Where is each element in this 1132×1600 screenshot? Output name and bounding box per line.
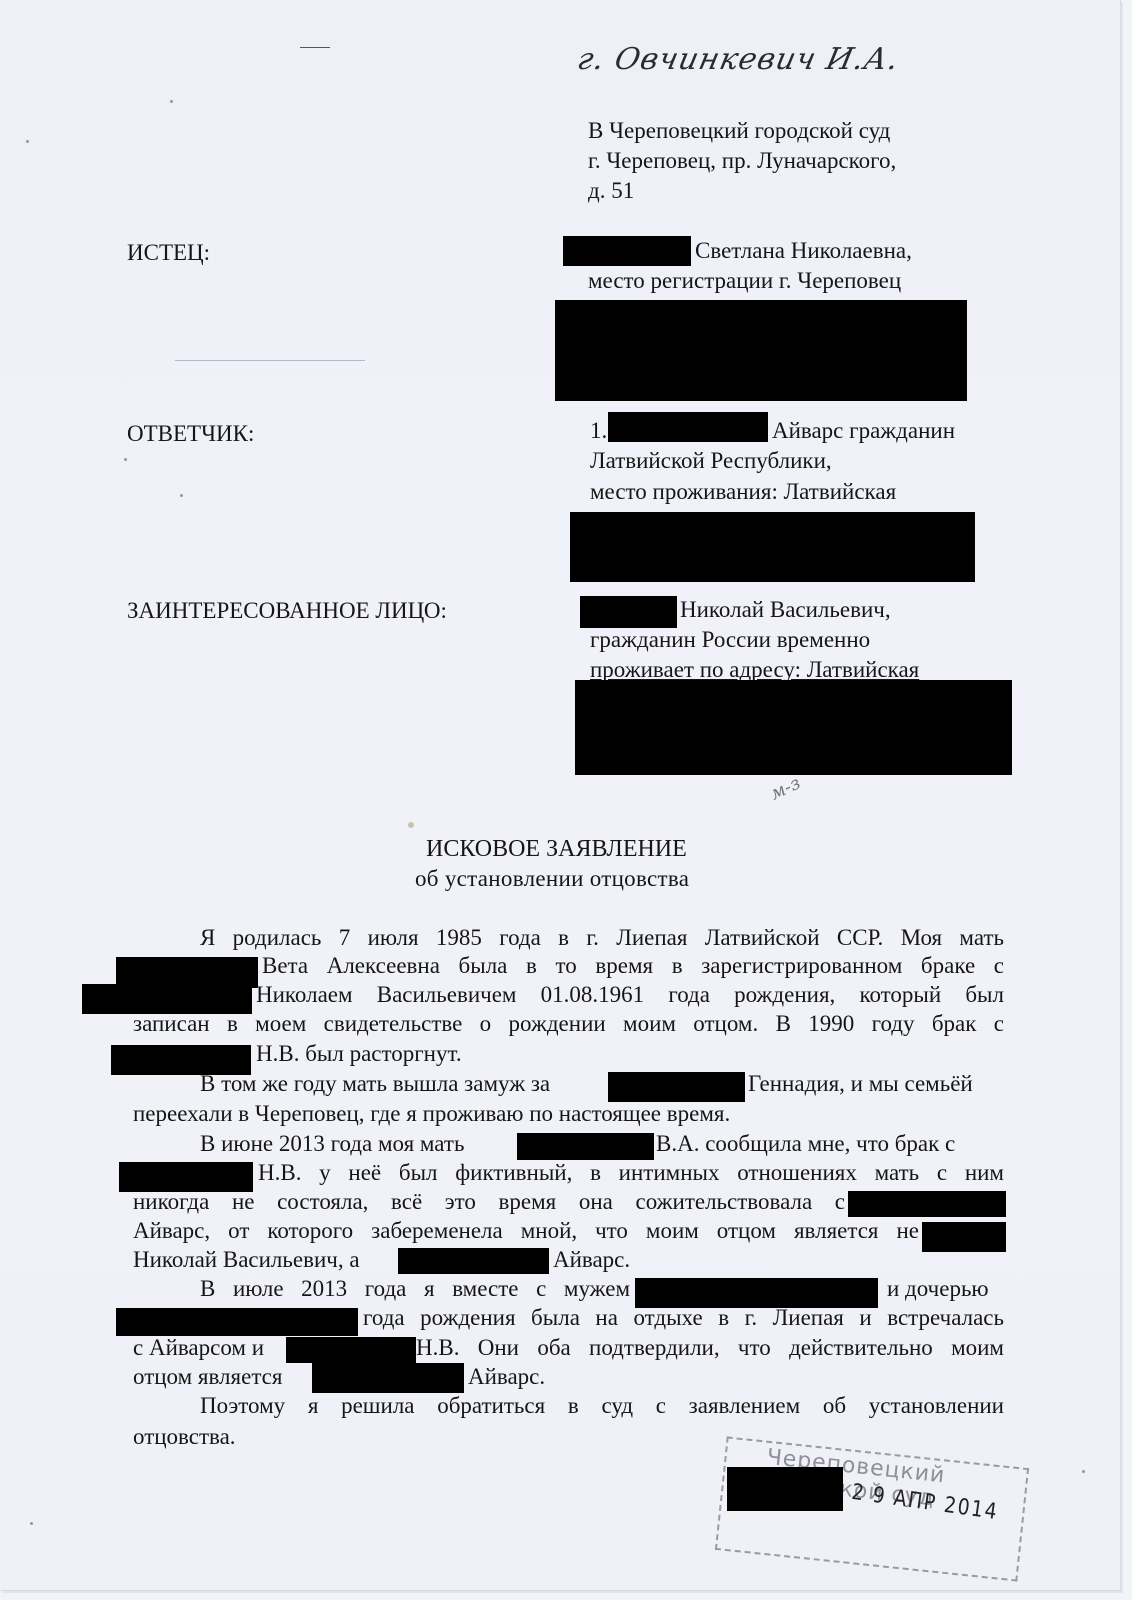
redaction — [82, 984, 252, 1014]
redaction — [286, 1337, 416, 1363]
interested-party-label: ЗАИНТЕРЕСОВАННОЕ ЛИЦО: — [127, 598, 447, 624]
defendant-citizenship: Латвийской Республики, — [590, 445, 832, 476]
redaction — [119, 1162, 253, 1192]
redaction — [563, 236, 691, 266]
body-line: Н.В. был расторгнут. — [256, 1041, 462, 1067]
scan-speck — [408, 822, 414, 828]
body-line: Я родилась 7 июля 1985 года в г. Лиепая … — [200, 925, 1004, 951]
scan-speck — [124, 458, 127, 461]
redaction — [312, 1363, 464, 1393]
body-line: Николаем Васильевичем 01.08.1961 года ро… — [256, 982, 1004, 1008]
court-line: г. Череповец, пр. Луначарского, — [588, 145, 896, 176]
body-line: Поэтому я решила обратиться в суд с заяв… — [200, 1393, 1004, 1419]
body-line: Н.В. у неё был фиктивный, в интимных отн… — [258, 1160, 1004, 1186]
redaction — [575, 680, 1012, 775]
body-line: переехали в Череповец, где я проживаю по… — [133, 1101, 730, 1127]
scan-speck — [26, 140, 29, 143]
body-line: никогда не состояла, всё это время она с… — [133, 1189, 845, 1215]
redaction — [570, 512, 975, 582]
plaintiff-label: ИСТЕЦ: — [127, 240, 210, 266]
redaction — [608, 1072, 745, 1102]
redaction — [848, 1191, 1006, 1217]
redaction — [517, 1133, 654, 1160]
defendant-prefix: 1. — [590, 415, 607, 446]
body-line: и дочерью — [887, 1276, 989, 1302]
body-line: В июне 2013 года моя мать — [200, 1131, 464, 1157]
scan-speck — [170, 100, 173, 103]
body-line: записан в моем свидетельстве о рождении … — [133, 1011, 1004, 1037]
body-line: отцом является — [133, 1364, 282, 1390]
redaction — [116, 1308, 358, 1336]
court-line: д. 51 — [588, 175, 634, 206]
margin-scribble: м-з — [767, 772, 804, 804]
defendant-name: Айварс гражданин — [772, 415, 955, 446]
defendant-residence: место проживания: Латвийская — [590, 476, 896, 507]
redaction — [635, 1278, 878, 1308]
document-subtitle: об установлении отцовства — [415, 866, 689, 892]
body-line: года рождения была на отдыхе в г. Лиепая… — [363, 1305, 1004, 1331]
body-line: Геннадия, и мы семьёй — [748, 1071, 973, 1097]
body-line: В.А. сообщила мне, что брак с — [656, 1131, 955, 1157]
scan-artifact — [175, 360, 365, 361]
scan-speck — [1082, 1470, 1085, 1473]
scan-speck — [180, 494, 183, 497]
redaction — [727, 1467, 843, 1511]
scan-artifact — [300, 47, 330, 48]
body-line: Н.В. Они оба подтвердили, что действител… — [416, 1335, 1004, 1361]
body-line: с Айварсом и — [133, 1335, 264, 1361]
interested-party-citizenship: гражданин России временно — [590, 624, 870, 655]
redaction — [608, 412, 768, 442]
body-line: Николай Васильевич, а — [133, 1247, 360, 1273]
body-line: В июле 2013 года я вместе с мужем — [200, 1276, 630, 1302]
scanned-page: г. Овчинкевич И.А. В Череповецкий городс… — [0, 0, 1121, 1591]
redaction — [398, 1248, 549, 1274]
scan-speck — [30, 1522, 33, 1525]
body-line: Айварс. — [468, 1364, 545, 1390]
redaction — [555, 300, 967, 401]
handwritten-note: г. Овчинкевич И.А. — [574, 42, 902, 77]
body-line: Айварс, от которого забеременела мной, ч… — [133, 1218, 919, 1244]
plaintiff-registration: место регистрации г. Череповец — [588, 265, 901, 296]
interested-party-name: Николай Васильевич, — [680, 594, 891, 625]
body-line: Айварс. — [553, 1247, 630, 1273]
document-title: ИСКОВОЕ ЗАЯВЛЕНИЕ — [426, 836, 687, 863]
redaction — [922, 1222, 1006, 1252]
plaintiff-name: Светлана Николаевна, — [695, 235, 912, 266]
body-line: Вета Алексеевна была в то время в зареги… — [262, 953, 1004, 979]
court-line: В Череповецкий городской суд — [588, 115, 890, 146]
body-line: В том же году мать вышла замуж за — [200, 1071, 550, 1097]
defendant-label: ОТВЕТЧИК: — [127, 421, 254, 447]
body-line: отцовства. — [133, 1424, 236, 1450]
